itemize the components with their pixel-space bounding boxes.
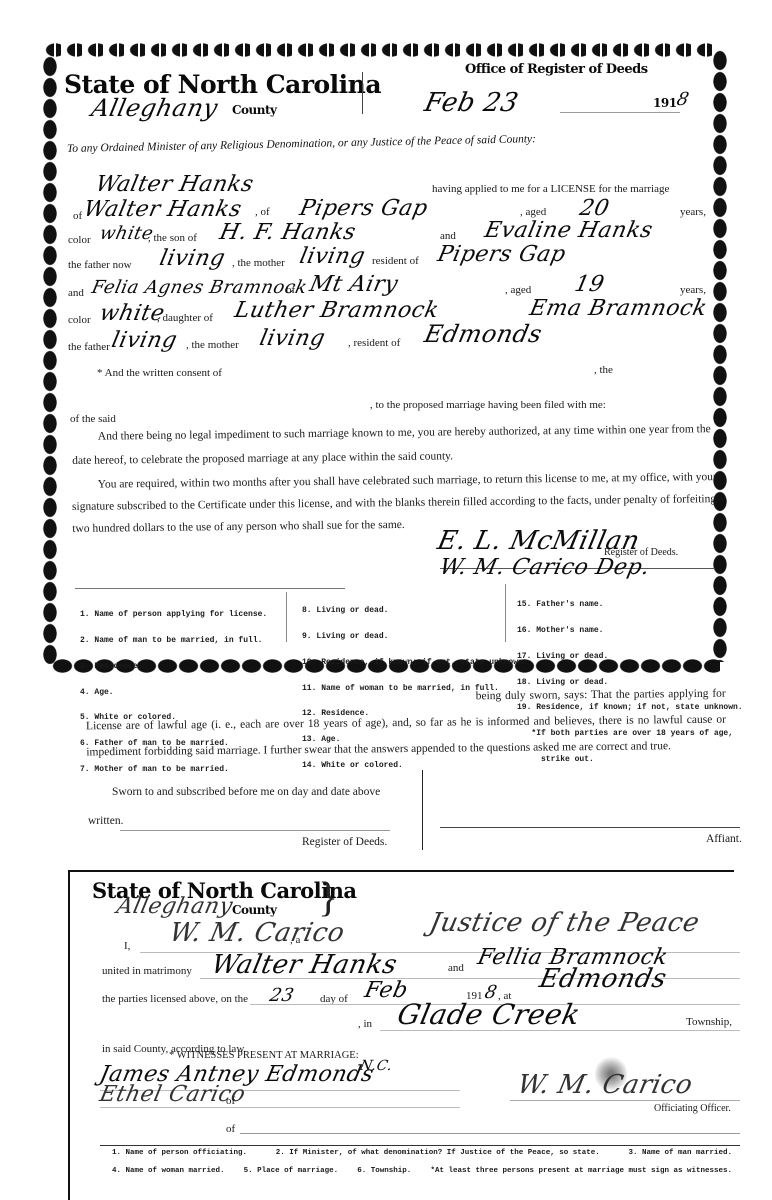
- applicant-name: Walter Hanks: [93, 172, 256, 197]
- legend-item: 3. Residence.: [80, 663, 267, 672]
- officiant-title: Justice of the Peace: [427, 908, 702, 938]
- affidavit-divider: [422, 770, 423, 850]
- cert-legend-item: 2. If Minister, of what denomination? If…: [276, 1149, 600, 1157]
- in-label: , in: [358, 1018, 372, 1030]
- legend-item: 17. Living or dead.: [517, 653, 743, 662]
- header-divider: [362, 72, 363, 114]
- witness-2-of-label: of: [226, 1095, 235, 1107]
- certificate-county-label: County: [232, 903, 277, 917]
- legend-item: 10. Residence, if known; if not, state u…: [302, 659, 528, 668]
- resident-of-label: resident of: [372, 255, 419, 267]
- man-mother: Evaline Hanks: [482, 218, 655, 243]
- year-printed: 191: [653, 96, 677, 110]
- license-date: Feb 23: [422, 88, 521, 118]
- legend-item: 1. Name of person applying for license.: [80, 611, 267, 620]
- cert-legend-item: 5. Place of marriage.: [244, 1167, 339, 1175]
- woman-resident-of-label: , resident of: [348, 337, 400, 349]
- the-father-label: the father: [68, 341, 110, 353]
- deputy-signature: W. M. Carico Dep.: [437, 555, 652, 580]
- woman-age: 19: [572, 272, 606, 297]
- united-label: united in matrimony: [102, 965, 192, 977]
- woman-residence: Mt Airy: [307, 272, 400, 297]
- decorative-border-right: [712, 50, 728, 662]
- legend-item: 7. Mother of man to be married.: [80, 766, 267, 775]
- witness-rule-2: [100, 1107, 460, 1108]
- the-label: , the: [594, 364, 613, 376]
- salutation: To any Ordained Minister of any Religiou…: [67, 133, 536, 155]
- a-label: , a: [290, 934, 300, 946]
- parties-label: the parties licensed above, on the: [102, 993, 248, 1005]
- affidavit-text: being duly sworn, says: That the parties…: [86, 681, 727, 766]
- woman-and-label: and: [68, 287, 84, 299]
- office-title: Office of Register of Deeds: [465, 62, 648, 77]
- officer-label: Officiating Officer.: [654, 1103, 731, 1114]
- of-label-2: , of: [255, 206, 270, 218]
- year-rule: [560, 112, 680, 113]
- witness-1-suffix: N.C.: [358, 1058, 394, 1074]
- man-mother-status: living: [297, 244, 367, 269]
- woman-parents-residence: Edmonds: [422, 320, 545, 348]
- cert-legend-item: 4. Name of woman married.: [112, 1167, 225, 1175]
- township-label: Township,: [686, 1016, 732, 1028]
- witness-rule-3: [240, 1133, 740, 1134]
- man-parents-residence: Pipers Gap: [435, 242, 568, 267]
- cert-and-label: and: [448, 962, 464, 974]
- father-now-label: the father now: [68, 259, 132, 271]
- year-handwritten: 8: [675, 89, 691, 110]
- man-color: white: [98, 223, 156, 244]
- marriage-day: 23: [268, 985, 296, 1006]
- witnesses-heading: * WITNESSES PRESENT AT MARRIAGE:: [169, 1050, 359, 1061]
- mother-label: , the mother: [232, 257, 285, 269]
- cert-legend-item: 6. Township.: [357, 1167, 411, 1175]
- witness-3-of-label: of: [226, 1123, 235, 1135]
- woman-color-label: color: [68, 314, 91, 326]
- officer-signature: W. M. Carico: [515, 1070, 696, 1100]
- woman-mother-label: , the mother: [186, 339, 239, 351]
- legend-item: 14. White or colored.: [302, 762, 528, 771]
- cert-legend-rule: [100, 1145, 740, 1146]
- aged-label: , aged: [520, 206, 546, 218]
- legend-item: 9. Living or dead.: [302, 633, 528, 642]
- woman-mother: Ema Bramnock: [527, 296, 709, 321]
- certificate-brace: }: [318, 874, 338, 922]
- county-handwritten: Alleghany: [89, 94, 220, 122]
- woman-years-label: years,: [680, 284, 706, 296]
- cert-legend-item: *At least three persons present at marri…: [430, 1167, 732, 1175]
- legend-item: 16. Mother's name.: [517, 627, 743, 636]
- authorization-paragraph: And there being no legal impediment to s…: [72, 417, 723, 473]
- woman-name: Felia Agnes Bramnock: [90, 277, 309, 298]
- applied-text: having applied to me for a LICENSE for t…: [432, 183, 669, 195]
- decorative-border-top: [45, 42, 715, 58]
- marriage-place: Edmonds: [537, 964, 670, 994]
- decorative-border-left: [42, 56, 58, 664]
- woman-father: Luther Bramnock: [232, 298, 441, 323]
- cert-rule-4: [380, 1030, 740, 1031]
- of-the-said-label: of the said: [70, 413, 116, 425]
- woman-father-status: living: [109, 328, 179, 353]
- marriage-township: Glade Creek: [394, 998, 583, 1031]
- legend-divider: [286, 592, 287, 642]
- cert-legend-row-2: 4. Name of woman married. 5. Place of ma…: [112, 1167, 732, 1175]
- cert-legend-item: 3. Name of man married.: [628, 1149, 732, 1157]
- legend-divider-2: [505, 584, 506, 642]
- color-label: color: [68, 234, 91, 246]
- consent-label: * And the written consent of: [97, 367, 222, 379]
- legend-item: 15. Father's name.: [517, 601, 743, 610]
- man-father: H. F. Hanks: [217, 220, 358, 245]
- county-label: County: [232, 103, 277, 117]
- man-residence: Pipers Gap: [297, 196, 430, 221]
- man-name: Walter Hanks: [81, 197, 244, 222]
- son-of-label: , the son of: [148, 232, 197, 244]
- subscribed-text: Sworn to and subscribed before me on day…: [88, 778, 418, 836]
- and-label: and: [440, 230, 456, 242]
- legend-item: 2. Name of man to be married, in full.: [80, 637, 267, 646]
- legend-rule: [75, 588, 345, 589]
- officiant-name: W. M. Carico: [167, 918, 348, 948]
- i-label: I,: [124, 940, 130, 952]
- affiant-label: Affiant.: [706, 833, 742, 845]
- officer-rule: [510, 1100, 740, 1101]
- legend-item: 8. Living or dead.: [302, 607, 528, 616]
- woman-of-label: of: [286, 284, 295, 296]
- daughter-of-label: , daughter of: [157, 312, 213, 324]
- man-father-status: living: [157, 246, 227, 271]
- register-signature-line: [120, 830, 390, 831]
- years-label: years,: [680, 206, 706, 218]
- groom-name: Walter Hanks: [209, 950, 400, 980]
- affidavit-register-label: Register of Deeds.: [302, 836, 387, 848]
- certificate-county-handwritten: Alleghany: [114, 894, 235, 919]
- cert-legend-item: 1. Name of person officiating.: [112, 1149, 247, 1157]
- woman-aged-label: , aged: [505, 284, 531, 296]
- cert-legend-row-1: 1. Name of person officiating. 2. If Min…: [112, 1149, 732, 1157]
- woman-mother-status: living: [257, 326, 327, 351]
- affiant-signature-line: [440, 827, 740, 828]
- consent-filed-text: , to the proposed marriage having been f…: [370, 399, 606, 411]
